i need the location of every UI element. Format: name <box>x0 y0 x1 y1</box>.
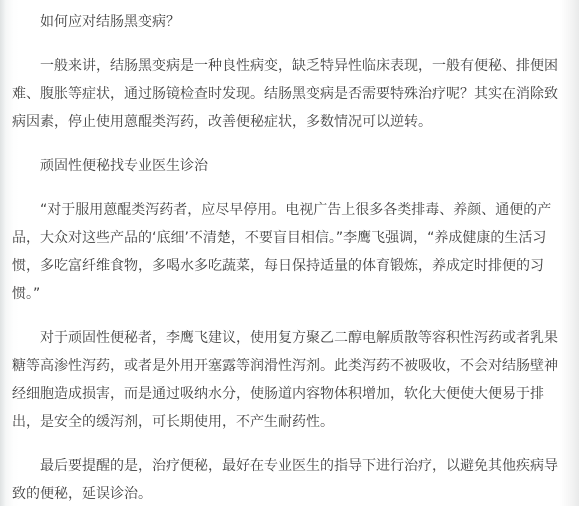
article-paragraph-final-reminder: 最后要提醒的是，治疗便秘，最好在专业医生的指导下进行治疗，以避免其他疾病导致的便… <box>12 452 560 506</box>
article-body: 如何应对结肠黑变病？ 一般来讲，结肠黑变病是一种良性病变，缺乏特异性临床表现，一… <box>0 0 579 506</box>
article-page: 如何应对结肠黑变病？ 一般来讲，结肠黑变病是一种良性病变，缺乏特异性临床表现，一… <box>0 0 579 506</box>
article-subheading-see-doctor: 顽固性便秘找专业医生诊治 <box>12 152 560 180</box>
article-paragraph-quote-advice: “对于服用蒽醌类泻药者，应尽早停用。电视广告上很多各类排毒、养颜、通便的产品，大… <box>12 196 560 308</box>
article-paragraph-intro: 一般来讲，结肠黑变病是一种良性病变，缺乏特异性临床表现，一般有便秘、排便困难、腹… <box>12 52 560 136</box>
article-heading-main: 如何应对结肠黑变病？ <box>12 8 560 36</box>
article-paragraph-laxative-recommendation: 对于顽固性便秘者，李鹰飞建议，使用复方聚乙二醇电解质散等容积性泻药或者乳果糖等高… <box>12 324 560 436</box>
